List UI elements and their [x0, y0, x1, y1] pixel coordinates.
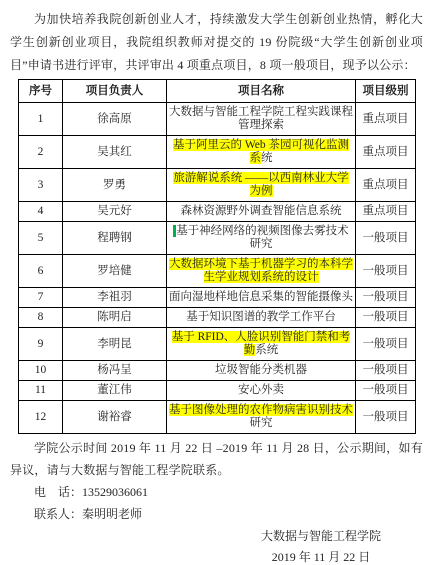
- phone-label: 电 话：: [34, 485, 82, 499]
- plain-text: 统: [261, 152, 273, 164]
- plain-text: 森林资源野外调查智能信息系统: [181, 205, 342, 217]
- cell-project-name: 面向湿地样地信息采集的智能摄像头: [167, 288, 356, 308]
- cell-project-level: 重点项目: [356, 136, 416, 169]
- cell-project-level: 一般项目: [356, 222, 416, 255]
- cell-serial-number: 5: [19, 222, 63, 255]
- table-row: 4吴元好森林资源野外调查智能信息系统重点项目: [19, 202, 416, 222]
- cell-serial-number: 2: [19, 136, 63, 169]
- cell-project-name: 旅游解说系统 ——以西南林业大学为例: [167, 169, 356, 202]
- plain-text: 系统: [255, 344, 278, 356]
- cell-project-level: 一般项目: [356, 308, 416, 328]
- contact-line: 联系人：秦明明老师: [10, 503, 423, 525]
- table-row: 7李祖羽面向湿地样地信息采集的智能摄像头一般项目: [19, 288, 416, 308]
- signature-block: 大数据与智能工程学院 2019 年 11 月 22 日: [261, 526, 381, 565]
- cell-serial-number: 8: [19, 308, 63, 328]
- cell-project-leader: 李祖羽: [63, 288, 167, 308]
- document-page: 为加快培养我院创新创业人才，持续激发大学生创新创业热情，孵化大学生创新创业项目，…: [0, 0, 433, 565]
- cell-project-name: 大数据环境下基于机器学习的本科学生学业规划系统的设计: [167, 255, 356, 288]
- table-row: 6罗培健大数据环境下基于机器学习的本科学生学业规划系统的设计一般项目: [19, 255, 416, 288]
- table-body: 1徐高原大数据与智能工程学院工程实践课程管理探索重点项目2吴其红基于阿里云的 W…: [19, 103, 416, 434]
- table-row: 5程聘钢 基于神经网络的视频图像去雾技术研究一般项目: [19, 222, 416, 255]
- column-header: 项目名称: [167, 80, 356, 103]
- cell-project-leader: 徐高原: [63, 103, 167, 136]
- cell-project-name: 基于知识图谱的教学工作平台: [167, 308, 356, 328]
- signature-org: 大数据与智能工程学院: [261, 526, 381, 547]
- highlighted-text: 旅游解说系统 ——以西南林业大学为例: [173, 172, 348, 197]
- phone-line: 电 话：13529036061: [10, 481, 423, 503]
- cell-project-name: 基于阿里云的 Web 茶园可视化监测系统: [167, 136, 356, 169]
- cell-project-level: 一般项目: [356, 288, 416, 308]
- cell-project-leader: 程聘钢: [63, 222, 167, 255]
- plain-text: 大数据与智能工程学院工程实践课程管理探索: [169, 106, 353, 131]
- cell-project-leader: 杨冯呈: [63, 361, 167, 381]
- cell-project-level: 重点项目: [356, 169, 416, 202]
- cell-project-leader: 罗培健: [63, 255, 167, 288]
- table-row: 8陈明启基于知识图谱的教学工作平台一般项目: [19, 308, 416, 328]
- cell-project-name: 基于 RFID、人脸识别智能门禁和考勤系统: [167, 328, 356, 361]
- cell-project-name: 大数据与智能工程学院工程实践课程管理探索: [167, 103, 356, 136]
- cell-project-leader: 罗勇: [63, 169, 167, 202]
- cell-project-leader: 吴元好: [63, 202, 167, 222]
- signature-date: 2019 年 11 月 22 日: [261, 547, 381, 565]
- cell-project-name: 基于神经网络的视频图像去雾技术研究: [167, 222, 356, 255]
- table-header-row: 序号项目负责人项目名称项目级别: [19, 80, 416, 103]
- cell-serial-number: 4: [19, 202, 63, 222]
- highlighted-text: 基于图像处理的农作物病害识别技术: [169, 404, 353, 416]
- cell-project-name: 森林资源野外调查智能信息系统: [167, 202, 356, 222]
- table-row: 10杨冯呈垃圾智能分类机器一般项目: [19, 361, 416, 381]
- table-row: 12谢裕睿基于图像处理的农作物病害识别技术研究一般项目: [19, 401, 416, 434]
- cell-project-level: 一般项目: [356, 401, 416, 434]
- contact-label: 联系人：: [34, 507, 82, 521]
- plain-text: 研究: [250, 417, 273, 429]
- cell-serial-number: 3: [19, 169, 63, 202]
- cell-project-name: 垃圾智能分类机器: [167, 361, 356, 381]
- column-header: 项目级别: [356, 80, 416, 103]
- cell-project-level: 一般项目: [356, 328, 416, 361]
- plain-text: 基于知识图谱的教学工作平台: [186, 311, 336, 323]
- column-header: 项目负责人: [63, 80, 167, 103]
- cell-serial-number: 9: [19, 328, 63, 361]
- notice-paragraph: 学院公示时间 2019 年 11 月 22 日 –2019 年 11 月 28 …: [10, 437, 423, 481]
- cell-serial-number: 6: [19, 255, 63, 288]
- table-row: 9李明昆基于 RFID、人脸识别智能门禁和考勤系统一般项目: [19, 328, 416, 361]
- column-header: 序号: [19, 80, 63, 103]
- plain-text: 垃圾智能分类机器: [215, 364, 307, 376]
- cell-project-leader: 陈明启: [63, 308, 167, 328]
- table-row: 2吴其红基于阿里云的 Web 茶园可视化监测系统重点项目: [19, 136, 416, 169]
- highlighted-text: 大数据环境下基于机器学习的本科学生学业规划系统的设计: [169, 258, 353, 283]
- cell-project-leader: 董江伟: [63, 381, 167, 401]
- plain-text: 面向湿地样地信息采集的智能摄像头: [169, 291, 353, 303]
- cell-project-level: 重点项目: [356, 103, 416, 136]
- cell-project-name: 安心外卖: [167, 381, 356, 401]
- cell-project-leader: 谢裕睿: [63, 401, 167, 434]
- plain-text: 安心外卖: [238, 384, 284, 396]
- table-row: 11董江伟安心外卖一般项目: [19, 381, 416, 401]
- table-row: 3罗勇旅游解说系统 ——以西南林业大学为例重点项目: [19, 169, 416, 202]
- intro-paragraph: 为加快培养我院创新创业人才，持续激发大学生创新创业热情，孵化大学生创新创业项目，…: [10, 8, 423, 77]
- cell-serial-number: 7: [19, 288, 63, 308]
- cell-serial-number: 10: [19, 361, 63, 381]
- contact-person: 秦明明老师: [82, 507, 142, 521]
- cell-serial-number: 11: [19, 381, 63, 401]
- table-row: 1徐高原大数据与智能工程学院工程实践课程管理探索重点项目: [19, 103, 416, 136]
- cell-project-name: 基于图像处理的农作物病害识别技术研究: [167, 401, 356, 434]
- phone-number: 13529036061: [82, 485, 148, 499]
- cell-project-level: 一般项目: [356, 255, 416, 288]
- cell-project-leader: 吴其红: [63, 136, 167, 169]
- plain-text: 基于神经网络的视频图像去雾技术研究: [176, 225, 349, 250]
- cell-project-leader: 李明昆: [63, 328, 167, 361]
- cell-serial-number: 1: [19, 103, 63, 136]
- cell-serial-number: 12: [19, 401, 63, 434]
- projects-table: 序号项目负责人项目名称项目级别 1徐高原大数据与智能工程学院工程实践课程管理探索…: [18, 79, 416, 434]
- cell-project-level: 重点项目: [356, 202, 416, 222]
- cell-project-level: 一般项目: [356, 361, 416, 381]
- cell-project-level: 一般项目: [356, 381, 416, 401]
